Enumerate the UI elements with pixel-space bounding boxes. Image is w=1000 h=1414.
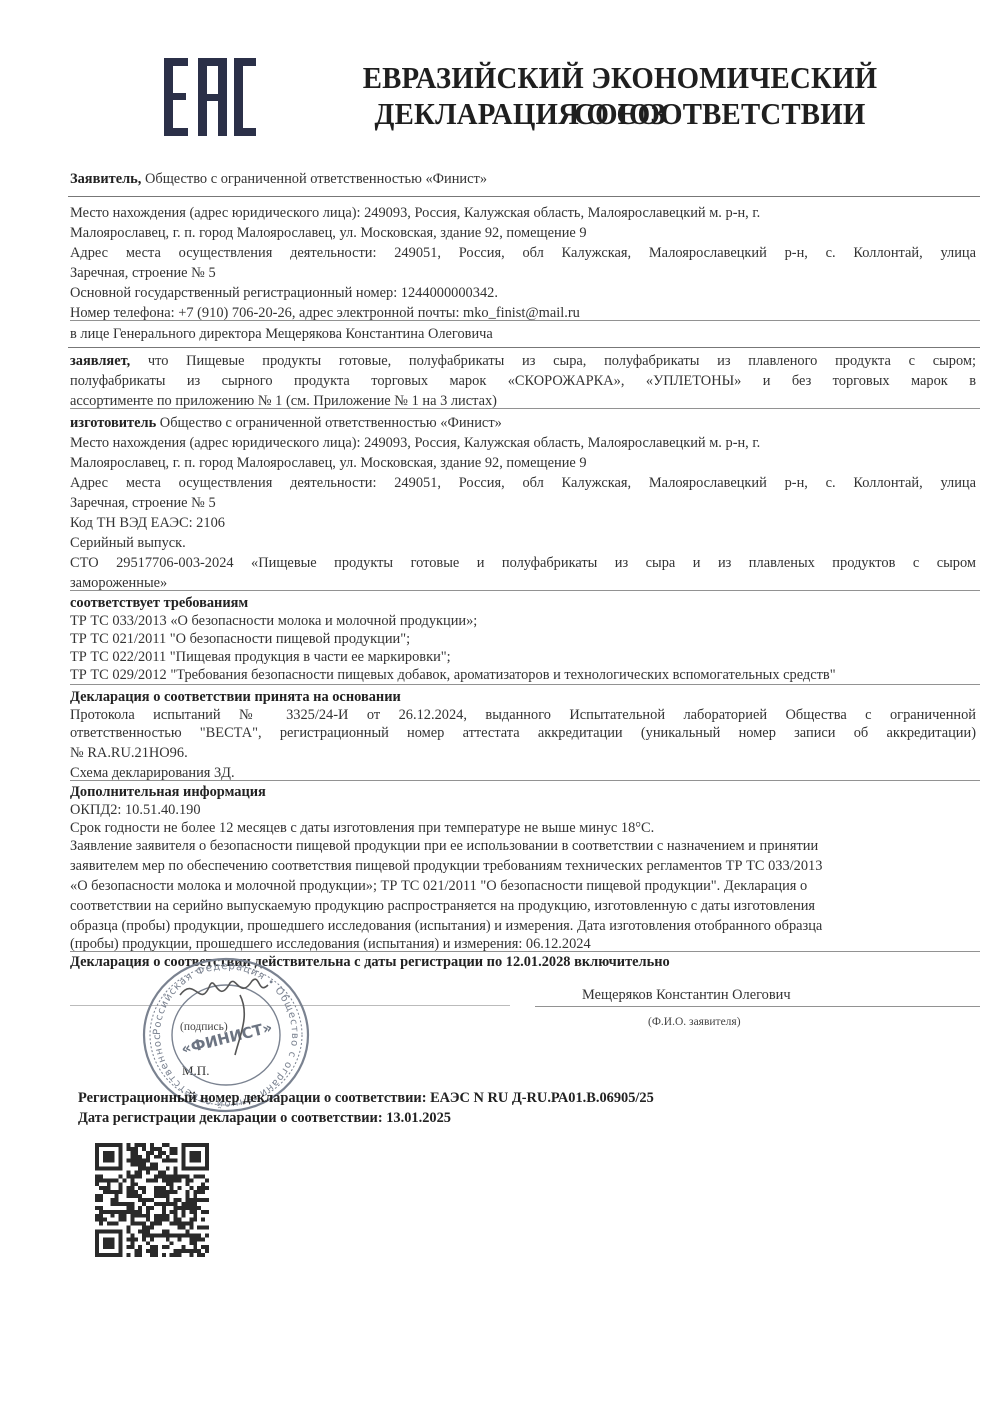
declares-label: заявляет, bbox=[70, 353, 130, 369]
eac-logo bbox=[162, 56, 258, 138]
applicant-label: Заявитель, bbox=[70, 171, 141, 187]
tnved-code: Код ТН ВЭД ЕАЭС: 2106 bbox=[70, 514, 225, 532]
standard-line-1: СТО 29517706-003-2024 «Пищевые продукты … bbox=[70, 554, 976, 572]
applicant-name: Общество с ограниченной ответственностью… bbox=[145, 171, 487, 187]
okpd-code: ОКПД2: 10.51.40.190 bbox=[70, 801, 201, 819]
statement-line: образца (пробы) продукции, прошедшего ис… bbox=[70, 917, 822, 935]
statement-line: заявителем мер по обеспечению соответств… bbox=[70, 857, 822, 875]
signer-caption: (Ф.И.О. заявителя) bbox=[648, 1013, 741, 1031]
document-title: ДЕКЛАРАЦИЯ О СООТВЕТСТВИИ bbox=[322, 96, 917, 132]
basis-line-3: № RA.RU.21НО96. bbox=[70, 744, 188, 762]
additional-label: Дополнительная информация bbox=[70, 783, 266, 801]
production-type: Серийный выпуск. bbox=[70, 534, 186, 552]
registration-number: Регистрационный номер декларации о соотв… bbox=[78, 1089, 654, 1107]
statement-line: соответствии на серийно выпускаемую прод… bbox=[70, 897, 815, 915]
manufacturer-label: изготовитель bbox=[70, 415, 156, 431]
requirement-item: ТР ТС 029/2012 "Требования безопасности … bbox=[70, 666, 836, 684]
manufacturer-name: Общество с ограниченной ответственностью… bbox=[160, 415, 502, 431]
applicant-represented-by: в лице Генерального директора Мещерякова… bbox=[70, 325, 493, 343]
basis-line-1: Протокола испытаний № 3325/24-И от 26.12… bbox=[70, 706, 976, 724]
statement-line: Заявление заявителя о безопасности пищев… bbox=[70, 837, 818, 855]
statement-line: «О безопасности молока и молочной продук… bbox=[70, 877, 807, 895]
declares-line-1: заявляет, что Пищевые продукты готовые, … bbox=[70, 352, 976, 370]
qr-code-icon bbox=[94, 1143, 210, 1257]
applicant-legal-address-2: Малоярославец, г. п. город Малоярославец… bbox=[70, 224, 587, 242]
requirement-item: ТР ТС 033/2013 «О безопасности молока и … bbox=[70, 612, 477, 630]
applicant-legal-address-1: Место нахождения (адрес юридического лиц… bbox=[70, 204, 760, 222]
manufacturer-activity-address-2: Заречная, строение № 5 bbox=[70, 494, 216, 512]
applicant-activity-address-1: Адрес места осуществления деятельности: … bbox=[70, 244, 976, 262]
declares-line-2: полуфабрикаты из сырного продукта торгов… bbox=[70, 372, 976, 390]
applicant-row: Заявитель, Общество с ограниченной ответ… bbox=[70, 170, 487, 188]
requirement-item: ТР ТС 022/2011 "Пищевая продукция в част… bbox=[70, 648, 451, 666]
eac-mark-icon bbox=[162, 56, 258, 138]
signer-name: Мещеряков Константин Олегович bbox=[582, 986, 791, 1004]
shelf-life: Срок годности не более 12 месяцев с даты… bbox=[70, 819, 654, 837]
manufacturer-row: изготовитель Общество с ограниченной отв… bbox=[70, 414, 502, 432]
basis-line-2: ответственностью "ВЕСТА", регистрационны… bbox=[70, 724, 976, 742]
manufacturer-activity-address-1: Адрес места осуществления деятельности: … bbox=[70, 474, 976, 492]
registration-date: Дата регистрации декларации о соответств… bbox=[78, 1109, 451, 1127]
svg-text:«ФИНИСТ»: «ФИНИСТ» bbox=[179, 1018, 274, 1058]
applicant-ogrn: Основной государственный регистрационный… bbox=[70, 284, 498, 302]
requirements-label: соответствует требованиям bbox=[70, 594, 248, 612]
manufacturer-legal-address-1: Место нахождения (адрес юридического лиц… bbox=[70, 434, 760, 452]
basis-label: Декларация о соответствии принята на осн… bbox=[70, 688, 401, 706]
manufacturer-legal-address-2: Малоярославец, г. п. город Малоярославец… bbox=[70, 454, 587, 472]
applicant-activity-address-2: Заречная, строение № 5 bbox=[70, 264, 216, 282]
qr-code[interactable] bbox=[94, 1143, 210, 1257]
requirement-item: ТР ТС 021/2011 "О безопасности пищевой п… bbox=[70, 630, 410, 648]
